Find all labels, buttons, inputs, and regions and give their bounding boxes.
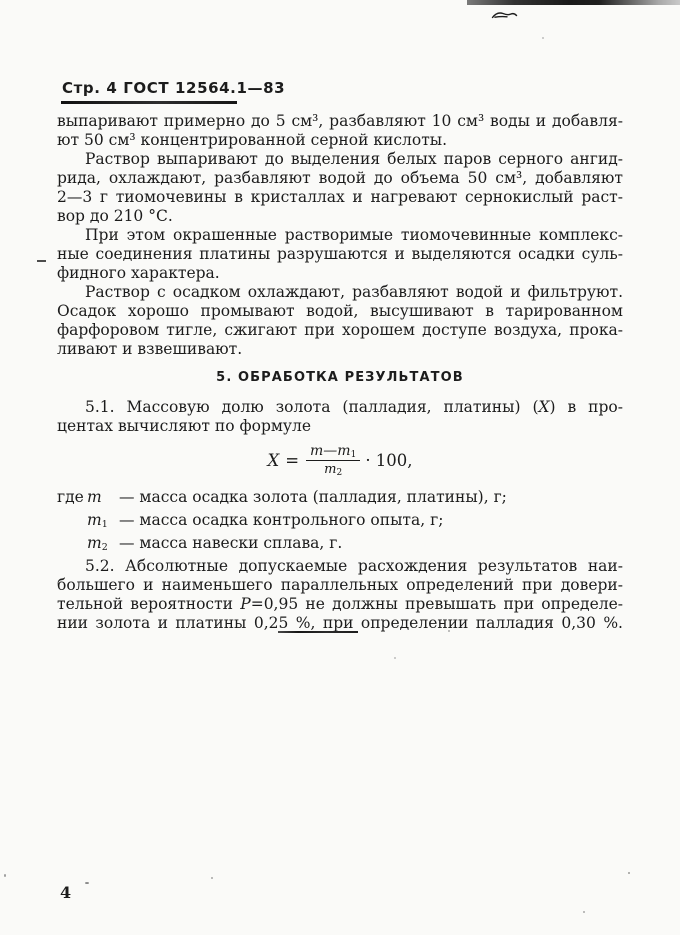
text-line: Раствор выпаривают до выделения белых па…: [57, 150, 623, 169]
scanned-document-page: { "page": { "header": "Стр. 4 ГОСТ 12564…: [0, 0, 680, 935]
text-line: выпаривают примерно до 5 см³, разбавляют…: [57, 112, 623, 131]
paragraph-intro: выпаривают примерно до 5 см³, разбавляют…: [57, 112, 623, 150]
formula-factor: · 100,: [365, 451, 412, 470]
variable-p: Р: [240, 595, 250, 613]
text-segment: =0,95 не должны превышать при определе-: [251, 595, 623, 613]
term-subscript: 2: [102, 542, 108, 553]
formula-definitions: гдеm— масса осадка золота (палладия, пла…: [57, 488, 623, 557]
scan-artifact-margin-dash: [37, 260, 46, 262]
text-line: фарфоровом тигле, сжигают при хорошем до…: [57, 321, 623, 340]
text-line: большего и наименьшего параллельных опре…: [57, 576, 623, 595]
text-line: ливают и взвешивают.: [57, 340, 623, 359]
definition-text: — масса осадка контрольного опыта, г;: [119, 511, 443, 529]
header-rule: [61, 101, 237, 104]
text-line: 2—3 г тиомочевины в кристаллах и нагрева…: [57, 188, 623, 207]
numerator-subscript: 1: [351, 450, 357, 460]
term-subscript: 1: [102, 519, 108, 530]
text-segment: ) в про-: [550, 398, 623, 416]
text-line: Раствор с осадком охлаждают, разбавляют …: [57, 283, 623, 302]
scan-artifact-top-strip: [467, 0, 680, 5]
text-line: фидного характера.: [57, 264, 623, 283]
scan-speck: [394, 657, 396, 659]
fraction-denominator: m2: [306, 461, 360, 476]
definition-m1: m1— масса осадка контрольного опыта, г;: [57, 511, 623, 534]
text-column: выпаривают примерно до 5 см³, разбавляют…: [57, 112, 623, 633]
end-of-section-rule: [278, 631, 358, 633]
scan-speck: [211, 877, 213, 879]
section-heading: 5. ОБРАБОТКА РЕЗУЛЬТАТОВ: [57, 368, 623, 387]
formula-lhs: X: [267, 451, 279, 470]
text-line: ют 50 см³ концентрированной серной кисло…: [57, 131, 623, 150]
page-header: Стр. 4 ГОСТ 12564.1—83: [62, 79, 285, 97]
text-segment: тельной вероятности: [57, 595, 240, 613]
formula: X = m—m1 m2 · 100,: [57, 439, 623, 481]
text-line: тельной вероятности Р=0,95 не должны пре…: [57, 595, 623, 614]
scan-speck: [85, 882, 89, 884]
text-line: ные соединения платины разрушаются и выд…: [57, 245, 623, 264]
text-line: При этом окрашенные растворимые тиомочев…: [57, 226, 623, 245]
definition-text: — масса осадка золота (палладия, платины…: [119, 488, 507, 506]
page-number: 4: [60, 883, 71, 902]
text-segment: 5.1. Массовую долю золота (палладия, пла…: [85, 398, 539, 416]
denominator-main: m: [324, 462, 336, 477]
definition-m: гдеm— масса осадка золота (палладия, пла…: [57, 488, 623, 511]
scan-speck: [583, 911, 585, 913]
definition-term: m: [87, 488, 119, 511]
paragraph-solution: Раствор выпаривают до выделения белых па…: [57, 150, 623, 226]
term-symbol: m: [87, 534, 102, 552]
paragraph-5-1: 5.1. Массовую долю золота (палладия, пла…: [57, 398, 623, 436]
denominator-subscript: 2: [336, 468, 342, 478]
text-line: 5.2. Абсолютные допускаемые расхождения …: [57, 557, 623, 576]
scan-speck: [542, 37, 544, 39]
definition-prefix: где: [57, 488, 87, 507]
term-symbol: m: [87, 488, 102, 506]
paragraph-5-2: 5.2. Абсолютные допускаемые расхождения …: [57, 557, 623, 633]
numerator-main: m—m: [310, 443, 351, 459]
equals-sign: =: [285, 451, 299, 470]
definition-m2: m2— масса навески сплава, г.: [57, 534, 623, 557]
paragraph-complexes: При этом окрашенные растворимые тиомочев…: [57, 226, 623, 283]
text-line: рида, охлаждают, разбавляют водой до объ…: [57, 169, 623, 188]
term-symbol: m: [87, 511, 102, 529]
fraction-numerator: m—m1: [306, 444, 360, 461]
text-line: вор до 210 °С.: [57, 207, 623, 226]
text-line: центах вычисляют по формуле: [57, 417, 623, 436]
fraction: m—m1 m2: [306, 444, 360, 476]
scan-artifact-squiggle: [491, 5, 518, 24]
definition-term: m1: [87, 511, 119, 534]
definition-text: — масса навески сплава, г.: [119, 534, 342, 552]
paragraph-filter: Раствор с осадком охлаждают, разбавляют …: [57, 283, 623, 359]
variable-x: X: [539, 398, 550, 416]
scan-speck: [4, 874, 6, 877]
definition-term: m2: [87, 534, 119, 557]
scan-speck: [628, 872, 630, 874]
text-line: 5.1. Массовую долю золота (палладия, пла…: [57, 398, 623, 417]
text-line: Осадок хорошо промывают водой, высушиваю…: [57, 302, 623, 321]
